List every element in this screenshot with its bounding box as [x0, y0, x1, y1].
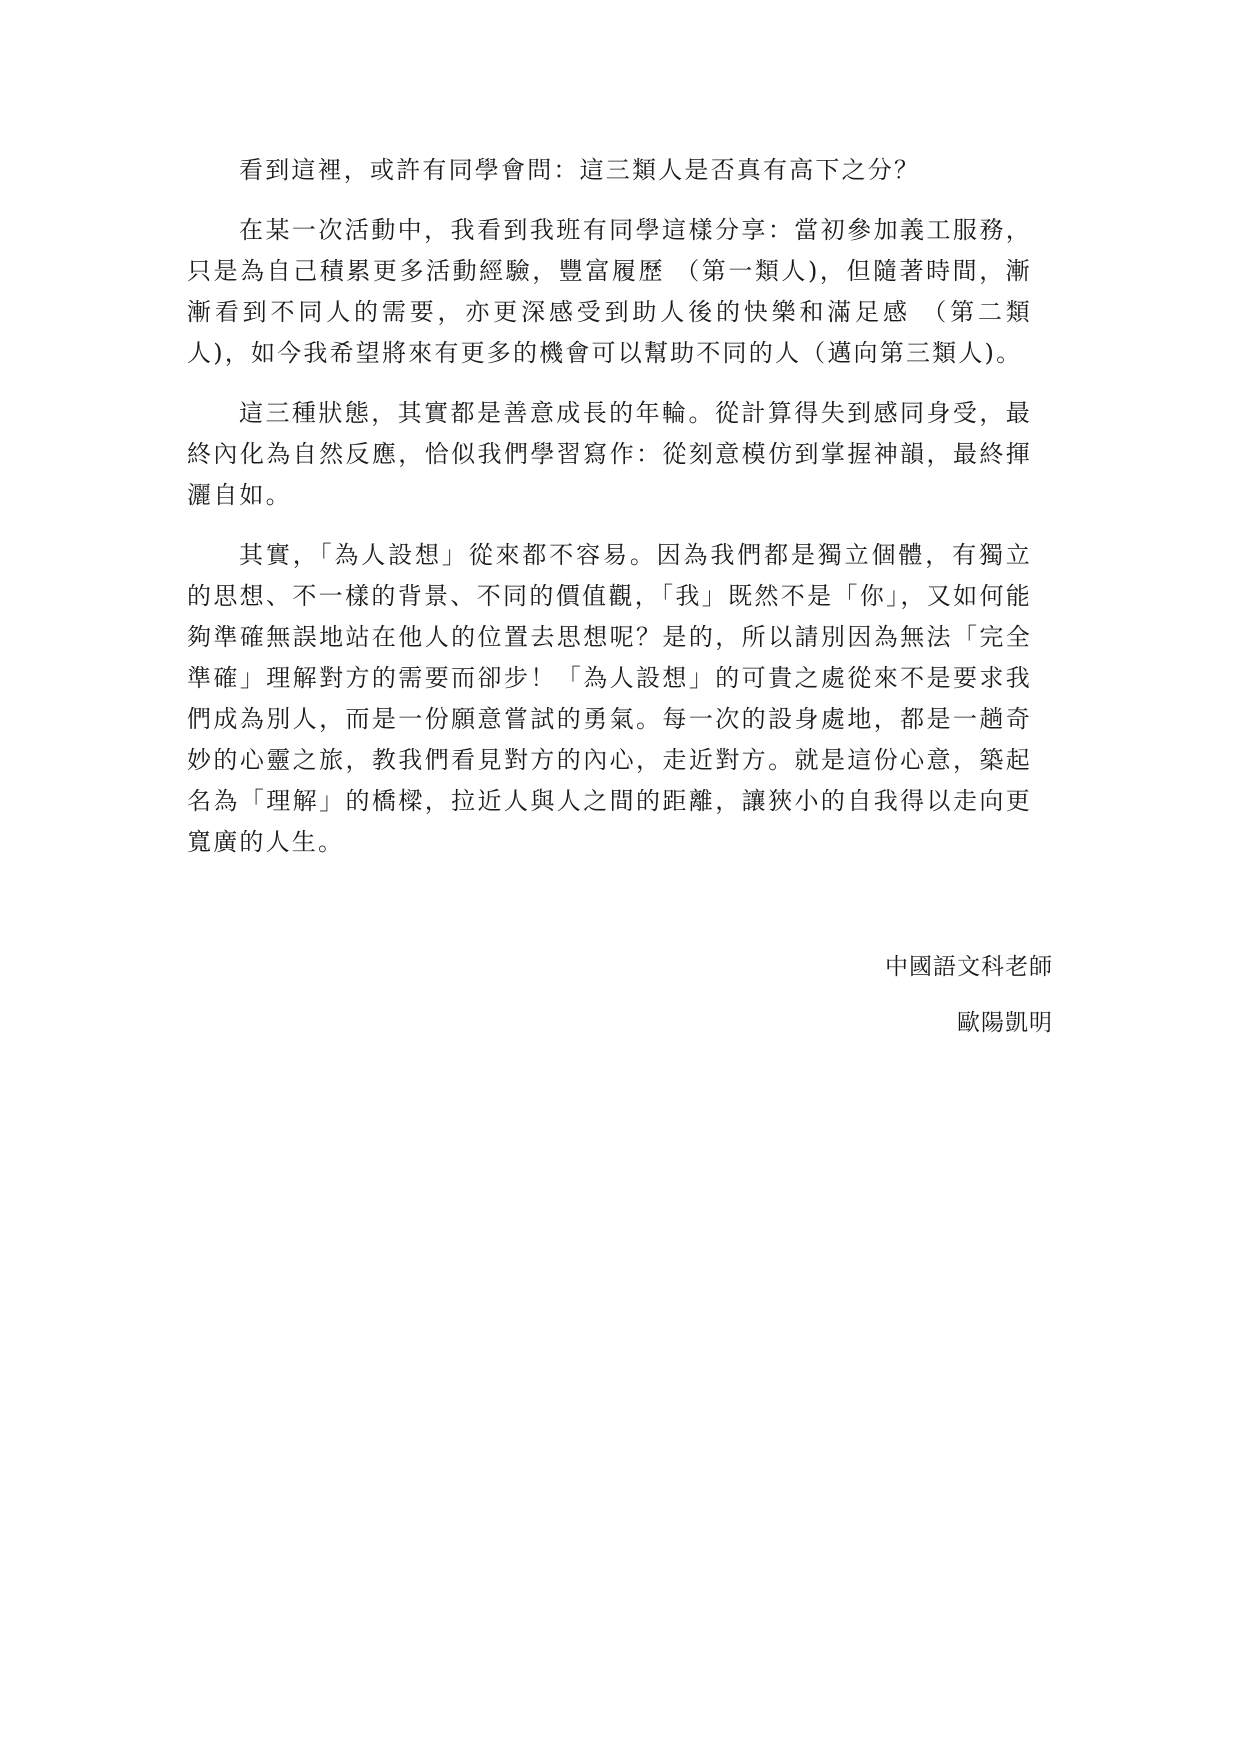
signature-title: 中國語文科老師 [885, 948, 1053, 981]
paragraph-student-sharing: 在某一次活動中，我看到我班有同學這樣分享：當初參加義工服務，只是為自己積累更多活… [187, 210, 1032, 374]
paragraph-empathy-conclusion: 其實，「為人設想」從來都不容易。因為我們都是獨立個體，有獨立的思想、不一樣的背景… [187, 535, 1032, 863]
document-body: 看到這裡，或許有同學會問：這三類人是否真有高下之分？ 在某一次活動中，我看到我班… [187, 150, 1032, 863]
signature-name: 歐陽凱明 [957, 1004, 1053, 1037]
paragraph-question: 看到這裡，或許有同學會問：這三類人是否真有高下之分？ [187, 150, 1032, 191]
paragraph-growth-rings: 這三種狀態，其實都是善意成長的年輪。從計算得失到感同身受，最終內化為自然反應，恰… [187, 393, 1032, 516]
